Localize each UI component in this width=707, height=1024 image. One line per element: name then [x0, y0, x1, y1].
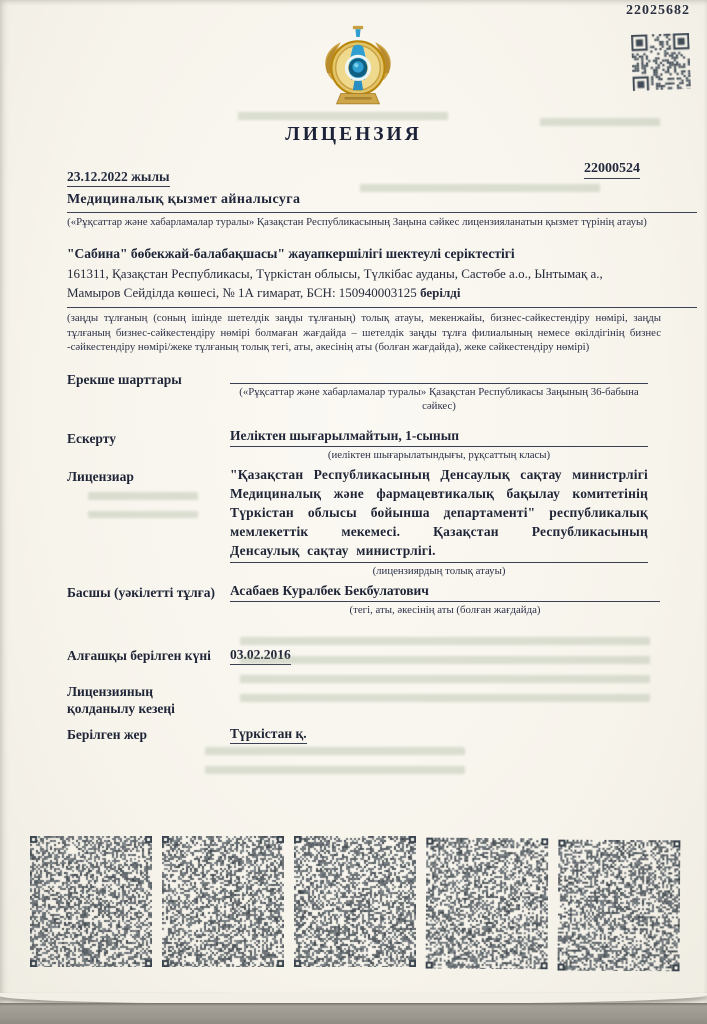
special-conditions-caption: («Рұқсаттар және хабарламалар туралы» Қа…	[230, 386, 648, 413]
special-conditions-field: («Рұқсаттар және хабарламалар туралы» Қа…	[230, 371, 648, 413]
licensor-field: "Қазақстан Республикасының Денсаулық сақ…	[230, 465, 648, 579]
note-caption: (иеліктен шығарылатындығы, рұқсаттың кла…	[230, 449, 648, 463]
head-caption: (тегі, аты, әкесінің аты (болған жағдайд…	[230, 604, 660, 618]
note-label: Ескерту	[67, 430, 227, 447]
signature-barcode-block	[558, 840, 681, 972]
license-number: 22000524	[584, 161, 640, 179]
issued-word: берілді	[420, 285, 460, 300]
note-field: Иеліктен шығарылмайтын, 1-сынып (иелікте…	[230, 428, 648, 463]
special-conditions-label: Ерекше шарттары	[67, 371, 227, 388]
licensee-legal-caption: (заңды тұлғаның (соның ішінде шетелдік з…	[67, 311, 661, 355]
scan-number: 22025682	[626, 3, 690, 19]
licensor-value: "Қазақстан Республикасының Денсаулық сақ…	[230, 465, 648, 563]
activity-caption: («Рұқсаттар және хабарламалар туралы» Қа…	[57, 216, 657, 230]
licensed-activity: Медициналық қызмет айналысуга	[67, 192, 300, 208]
license-document-page: 22025682	[0, 0, 707, 1024]
qr-code-icon	[631, 33, 691, 91]
head-value: Асабаев Куралбек Бекбулатович	[230, 583, 660, 602]
bleed-through-text	[205, 747, 465, 774]
licensee-address-line2: Мамыров Сейділда көшесі, № 1А гимарат, Б…	[67, 285, 460, 301]
scanner-background	[0, 1003, 707, 1024]
first-issued-value: 03.02.2016	[230, 647, 291, 665]
licensee-name: "Сабина" бөбекжай-балабақшасы" жауапкерш…	[67, 246, 515, 262]
issue-place-value: Түркістан қ.	[230, 726, 307, 744]
address-text: Мамыров Сейділда көшесі, № 1А гимарат, Б…	[67, 285, 417, 300]
first-issued-label: Алғашқы берілген күні	[67, 647, 237, 664]
divider	[67, 307, 697, 308]
issue-date: 23.12.2022 жылы	[67, 169, 170, 187]
signature-barcode-block	[30, 836, 152, 967]
kazakhstan-emblem-icon	[314, 25, 402, 121]
head-label: Басшы (уәкілетті тұлға)	[67, 584, 237, 601]
bleed-through-text	[240, 637, 650, 702]
licensor-caption: (лицензиярдың толық атауы)	[230, 565, 648, 579]
licensee-address-line1: 161311, Қазақстан Республикасы, Түркіста…	[67, 266, 603, 282]
signature-barcode-block	[294, 836, 416, 967]
divider	[67, 212, 697, 213]
issue-place-label: Берілген жер	[67, 726, 227, 743]
licensor-label: Лицензиар	[67, 468, 227, 485]
document-title: ЛИЦЕНЗИЯ	[0, 124, 707, 146]
note-value: Иеліктен шығарылмайтын, 1-сынып	[230, 428, 648, 447]
signature-barcode-block	[162, 836, 284, 967]
validity-period-label: Лицензияның қолданылу кезеңі	[67, 683, 187, 717]
bleed-through-text	[88, 492, 198, 518]
signature-barcode-block	[426, 838, 549, 970]
head-field: Асабаев Куралбек Бекбулатович (тегі, аты…	[230, 583, 660, 618]
bleed-through-text	[360, 184, 600, 194]
blank-value-line	[230, 371, 648, 384]
